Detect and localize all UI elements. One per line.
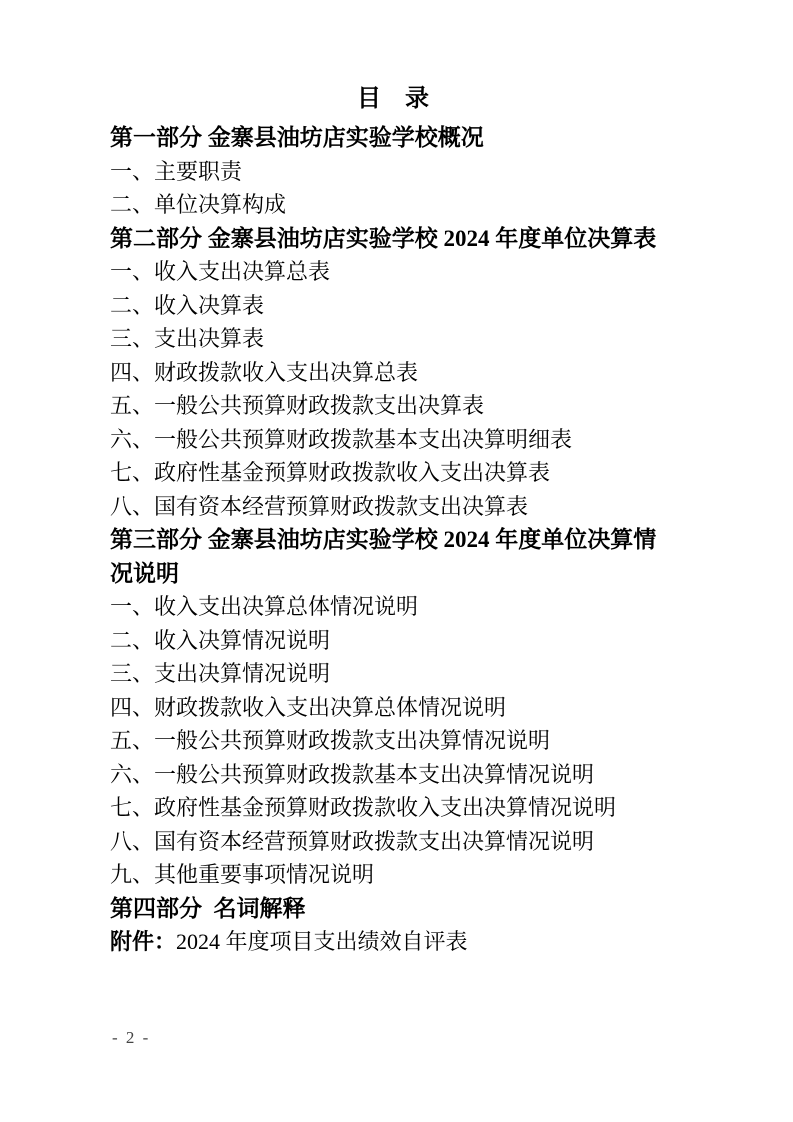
- toc-entry-text: 一、主要职责: [110, 159, 242, 184]
- toc-entry-item: 三、支出决算表: [110, 322, 676, 356]
- toc-entry-text: 第四部分 名词解释: [110, 896, 306, 921]
- toc-entry-text: 四、财政拨款收入支出决算总表: [110, 360, 418, 385]
- toc-entry-item: 七、政府性基金预算财政拨款收入支出决算表: [110, 456, 676, 490]
- toc-entry-attachment: 附件：2024 年度项目支出绩效自评表: [110, 925, 676, 959]
- toc-entry-item: 七、政府性基金预算财政拨款收入支出决算情况说明: [110, 791, 676, 825]
- toc-entry-item: 八、国有资本经营预算财政拨款支出决算情况说明: [110, 825, 676, 859]
- toc-entry-item: 六、一般公共预算财政拨款基本支出决算明细表: [110, 423, 676, 457]
- toc-entry-text: 一、收入支出决算总体情况说明: [110, 594, 418, 619]
- toc-entry-text: 二、收入决算表: [110, 293, 264, 318]
- toc-entry-text: 六、一般公共预算财政拨款基本支出决算明细表: [110, 427, 572, 452]
- toc-entry-item: 二、单位决算构成: [110, 188, 676, 222]
- toc-entry-item: 一、收入支出决算总体情况说明: [110, 590, 676, 624]
- toc-entry-text: 二、收入决算情况说明: [110, 628, 330, 653]
- toc-entry-heading: 第一部分 金寨县油坊店实验学校概况: [110, 121, 676, 155]
- page-number: - 2 -: [112, 1026, 150, 1050]
- toc-entry-text: 第二部分 金寨县油坊店实验学校 2024 年度单位决算表: [110, 226, 656, 251]
- toc-entry-item: 八、国有资本经营预算财政拨款支出决算表: [110, 490, 676, 524]
- document-page: 目 录 第一部分 金寨县油坊店实验学校概况一、主要职责二、单位决算构成第二部分 …: [0, 0, 793, 1122]
- toc-entry-item: 一、主要职责: [110, 155, 676, 189]
- toc-entry-item: 三、支出决算情况说明: [110, 657, 676, 691]
- toc-entry-item: 四、财政拨款收入支出决算总体情况说明: [110, 691, 676, 725]
- toc-entry-text: 一、收入支出决算总表: [110, 259, 330, 284]
- toc-entry-text: 三、支出决算表: [110, 326, 264, 351]
- toc-list: 第一部分 金寨县油坊店实验学校概况一、主要职责二、单位决算构成第二部分 金寨县油…: [110, 121, 676, 959]
- toc-entry-text: 七、政府性基金预算财政拨款收入支出决算情况说明: [110, 795, 616, 820]
- toc-entry-text: 第三部分 金寨县油坊店实验学校 2024 年度单位决算情况说明: [110, 527, 656, 586]
- attachment-label: 附件：: [110, 929, 176, 954]
- toc-entry-heading: 第三部分 金寨县油坊店实验学校 2024 年度单位决算情况说明: [110, 523, 676, 590]
- toc-entry-item: 五、一般公共预算财政拨款支出决算表: [110, 389, 676, 423]
- toc-entry-text: 六、一般公共预算财政拨款基本支出决算情况说明: [110, 762, 594, 787]
- toc-entry-item: 一、收入支出决算总表: [110, 255, 676, 289]
- toc-entry-text: 八、国有资本经营预算财政拨款支出决算表: [110, 494, 528, 519]
- toc-entry-item: 五、一般公共预算财政拨款支出决算情况说明: [110, 724, 676, 758]
- toc-entry-text: 五、一般公共预算财政拨款支出决算表: [110, 393, 484, 418]
- toc-entry-item: 二、收入决算情况说明: [110, 624, 676, 658]
- toc-entry-text: 八、国有资本经营预算财政拨款支出决算情况说明: [110, 829, 594, 854]
- toc-entry-text: 五、一般公共预算财政拨款支出决算情况说明: [110, 728, 550, 753]
- toc-entry-heading: 第二部分 金寨县油坊店实验学校 2024 年度单位决算表: [110, 222, 676, 256]
- toc-entry-text: 二、单位决算构成: [110, 192, 286, 217]
- toc-entry-text: 第一部分 金寨县油坊店实验学校概况: [110, 125, 484, 150]
- toc-entry-text: 七、政府性基金预算财政拨款收入支出决算表: [110, 460, 550, 485]
- page-title: 目 录: [110, 82, 676, 116]
- toc-entry-heading: 第四部分 名词解释: [110, 892, 676, 926]
- toc-entry-item: 九、其他重要事项情况说明: [110, 858, 676, 892]
- toc-entry-text: 四、财政拨款收入支出决算总体情况说明: [110, 695, 506, 720]
- toc-entry-text: 2024 年度项目支出绩效自评表: [176, 929, 468, 954]
- toc-entry-text: 九、其他重要事项情况说明: [110, 862, 374, 887]
- toc-entry-item: 六、一般公共预算财政拨款基本支出决算情况说明: [110, 758, 676, 792]
- toc-entry-item: 二、收入决算表: [110, 289, 676, 323]
- toc-entry-text: 三、支出决算情况说明: [110, 661, 330, 686]
- toc-entry-item: 四、财政拨款收入支出决算总表: [110, 356, 676, 390]
